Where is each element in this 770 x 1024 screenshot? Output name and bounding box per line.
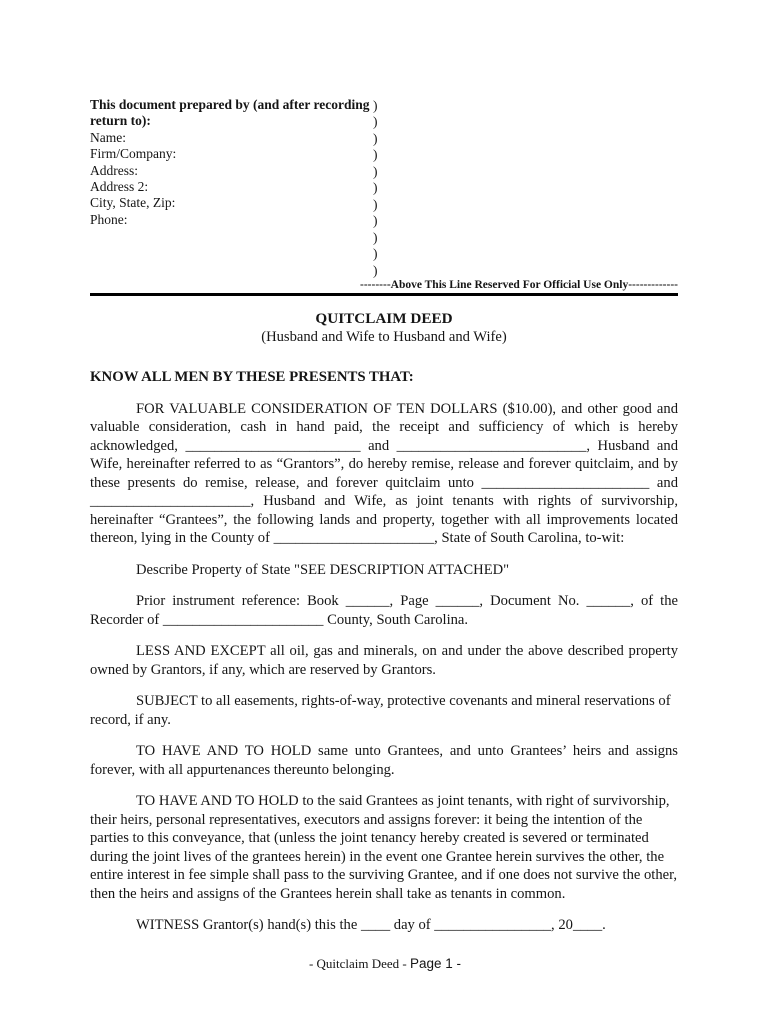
paragraph-to-have-and-hold-2: TO HAVE AND TO HOLD to the said Grantees…	[90, 792, 678, 903]
page-footer: - Quitclaim Deed - Page 1 -	[0, 956, 770, 972]
prepared-by-left-column: This document prepared by (and after rec…	[90, 97, 678, 228]
paragraph-subject-to: SUBJECT to all easements, rights-of-way,…	[90, 692, 678, 729]
above-line-reserved-note: --------Above This Line Reserved For Off…	[90, 279, 678, 291]
opening-heading: KNOW ALL MEN BY THESE PRESENTS THAT:	[90, 368, 678, 387]
field-label-firm-company: Firm/Company:	[90, 146, 678, 162]
paragraph-prior-instrument: Prior instrument reference: Book ______,…	[90, 592, 678, 629]
paragraph-describe-property: Describe Property of State "SEE DESCRIPT…	[90, 561, 678, 580]
document-content: This document prepared by (and after rec…	[90, 97, 678, 935]
field-label-name: Name:	[90, 130, 678, 146]
field-label-phone: Phone:	[90, 212, 678, 228]
prepared-by-block: This document prepared by (and after rec…	[90, 97, 678, 278]
paragraph-less-and-except: LESS AND EXCEPT all oil, gas and mineral…	[90, 642, 678, 679]
footer-doc-label: - Quitclaim Deed -	[309, 956, 410, 971]
field-label-address-2: Address 2:	[90, 179, 678, 195]
document-subtitle: (Husband and Wife to Husband and Wife)	[90, 328, 678, 347]
document-title: QUITCLAIM DEED	[90, 309, 678, 328]
field-label-city-state-zip: City, State, Zip:	[90, 195, 678, 211]
field-label-address: Address:	[90, 163, 678, 179]
paragraph-witness: WITNESS Grantor(s) hand(s) this the ____…	[90, 916, 678, 935]
footer-page-number: Page 1 -	[410, 956, 461, 971]
paragraph-to-have-and-hold-1: TO HAVE AND TO HOLD same unto Grantees, …	[90, 742, 678, 779]
recording-stamp-paren-column: ) ) ) ) ) ) ) ) ) ) )	[373, 98, 378, 279]
document-page: This document prepared by (and after rec…	[0, 0, 770, 1024]
header-divider-line	[90, 293, 678, 296]
paragraph-consideration: FOR VALUABLE CONSIDERATION OF TEN DOLLAR…	[90, 400, 678, 548]
prepared-by-heading: This document prepared by (and after rec…	[90, 97, 370, 130]
